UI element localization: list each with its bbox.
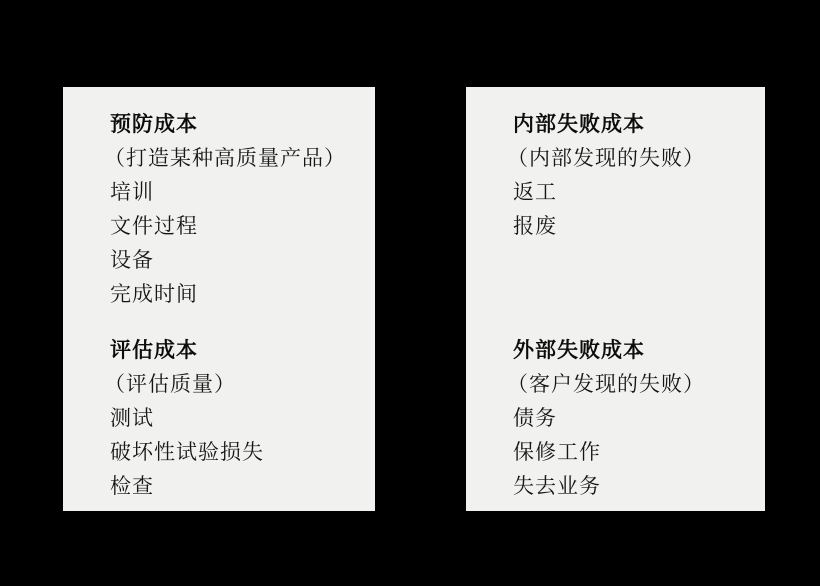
external-failure-costs-section: 外部失败成本 （客户发现的失败） 债务 保修工作 失去业务 <box>513 333 755 503</box>
cost-item: 返工 <box>513 175 755 209</box>
prevention-costs-section: 预防成本 （打造某种高质量产品） 培训 文件过程 设备 完成时间 <box>110 107 365 333</box>
section-subtitle: （客户发现的失败） <box>507 367 755 401</box>
cost-item: 失去业务 <box>513 469 755 503</box>
section-title: 内部失败成本 <box>513 107 755 141</box>
cost-item: 测试 <box>110 401 365 435</box>
cost-item: 完成时间 <box>110 277 365 311</box>
cost-item: 检查 <box>110 469 365 503</box>
section-title: 预防成本 <box>110 107 365 141</box>
section-subtitle: （评估质量） <box>104 367 365 401</box>
failure-costs-panel: 内部失败成本 （内部发现的失败） 返工 报废 外部失败成本 （客户发现的失败） … <box>466 87 765 511</box>
section-subtitle: （打造某种高质量产品） <box>104 141 365 175</box>
cost-item: 报废 <box>513 209 755 243</box>
cost-item: 破坏性试验损失 <box>110 435 365 469</box>
cost-item: 文件过程 <box>110 209 365 243</box>
section-title: 评估成本 <box>110 333 365 367</box>
section-subtitle: （内部发现的失败） <box>507 141 755 175</box>
prevention-appraisal-panel: 预防成本 （打造某种高质量产品） 培训 文件过程 设备 完成时间 评估成本 （评… <box>63 87 375 511</box>
cost-of-quality-slide: 预防成本 （打造某种高质量产品） 培训 文件过程 设备 完成时间 评估成本 （评… <box>0 0 820 586</box>
section-title: 外部失败成本 <box>513 333 755 367</box>
internal-failure-costs-section: 内部失败成本 （内部发现的失败） 返工 报废 <box>513 107 755 333</box>
cost-item: 债务 <box>513 401 755 435</box>
cost-item: 保修工作 <box>513 435 755 469</box>
cost-item: 设备 <box>110 243 365 277</box>
cost-item: 培训 <box>110 175 365 209</box>
appraisal-costs-section: 评估成本 （评估质量） 测试 破坏性试验损失 检查 <box>110 333 365 503</box>
